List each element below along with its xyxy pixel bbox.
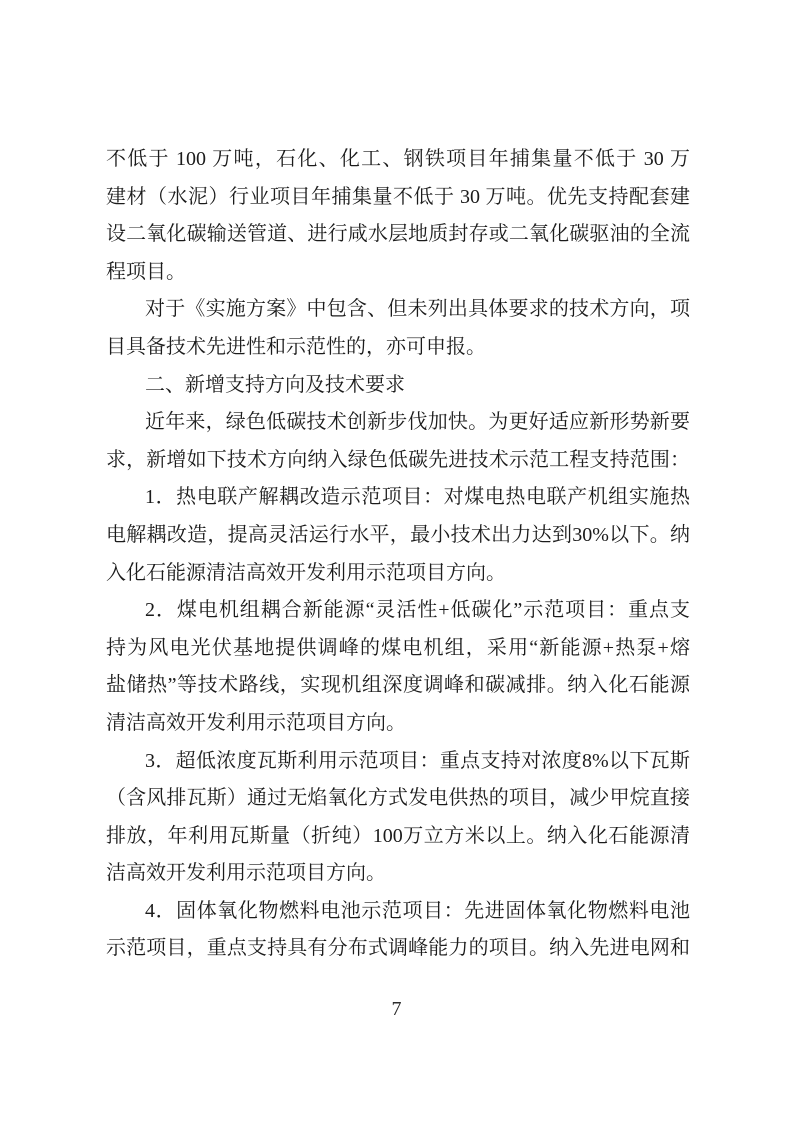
text-line: 目具备技术先进性和示范性的，亦可申报。	[106, 329, 690, 367]
text-line: 洁高效开发利用示范项目方向。	[106, 855, 690, 893]
text-line: 二、新增支持方向及技术要求	[106, 367, 690, 405]
text-line: 不低于 100 万吨，石化、化工、钢铁项目年捕集量不低于 30 万吨，	[106, 141, 690, 179]
text-line: 求，新增如下技术方向纳入绿色低碳先进技术示范工程支持范围：	[106, 442, 690, 480]
text-line: 清洁高效开发利用示范项目方向。	[106, 705, 690, 743]
document-page: 不低于 100 万吨，石化、化工、钢铁项目年捕集量不低于 30 万吨，建材（水泥…	[0, 0, 793, 1122]
text-line: 2．煤电机组耦合新能源“灵活性+低碳化”示范项目：重点支	[106, 592, 690, 630]
text-line: 近年来，绿色低碳技术创新步伐加快。为更好适应新形势新要	[106, 404, 690, 442]
text-line: 持为风电光伏基地提供调峰的煤电机组，采用“新能源+热泵+熔	[106, 630, 690, 668]
text-line: 示范项目，重点支持具有分布式调峰能力的项目。纳入先进电网和	[106, 930, 690, 968]
text-line: 1．热电联产解耦改造示范项目：对煤电热电联产机组实施热	[106, 479, 690, 517]
text-line: 建材（水泥）行业项目年捕集量不低于 30 万吨。优先支持配套建	[106, 179, 690, 217]
text-line: 设二氧化碳输送管道、进行咸水层地质封存或二氧化碳驱油的全流	[106, 216, 690, 254]
document-text-block: 不低于 100 万吨，石化、化工、钢铁项目年捕集量不低于 30 万吨，建材（水泥…	[106, 141, 690, 968]
text-line: 排放，年利用瓦斯量（折纯）100万立方米以上。纳入化石能源清	[106, 818, 690, 856]
text-line: 盐储热”等技术路线，实现机组深度调峰和碳减排。纳入化石能源	[106, 667, 690, 705]
text-line: 对于《实施方案》中包含、但未列出具体要求的技术方向，项	[106, 291, 690, 329]
text-line: 3．超低浓度瓦斯利用示范项目：重点支持对浓度8%以下瓦斯	[106, 743, 690, 781]
page-number: 7	[0, 997, 793, 1021]
text-line: 入化石能源清洁高效开发利用示范项目方向。	[106, 555, 690, 593]
text-line: （含风排瓦斯）通过无焰氧化方式发电供热的项目，减少甲烷直接	[106, 780, 690, 818]
text-line: 电解耦改造，提高灵活运行水平，最小技术出力达到30%以下。纳	[106, 517, 690, 555]
text-line: 程项目。	[106, 254, 690, 292]
text-line: 4．固体氧化物燃料电池示范项目：先进固体氧化物燃料电池	[106, 893, 690, 931]
